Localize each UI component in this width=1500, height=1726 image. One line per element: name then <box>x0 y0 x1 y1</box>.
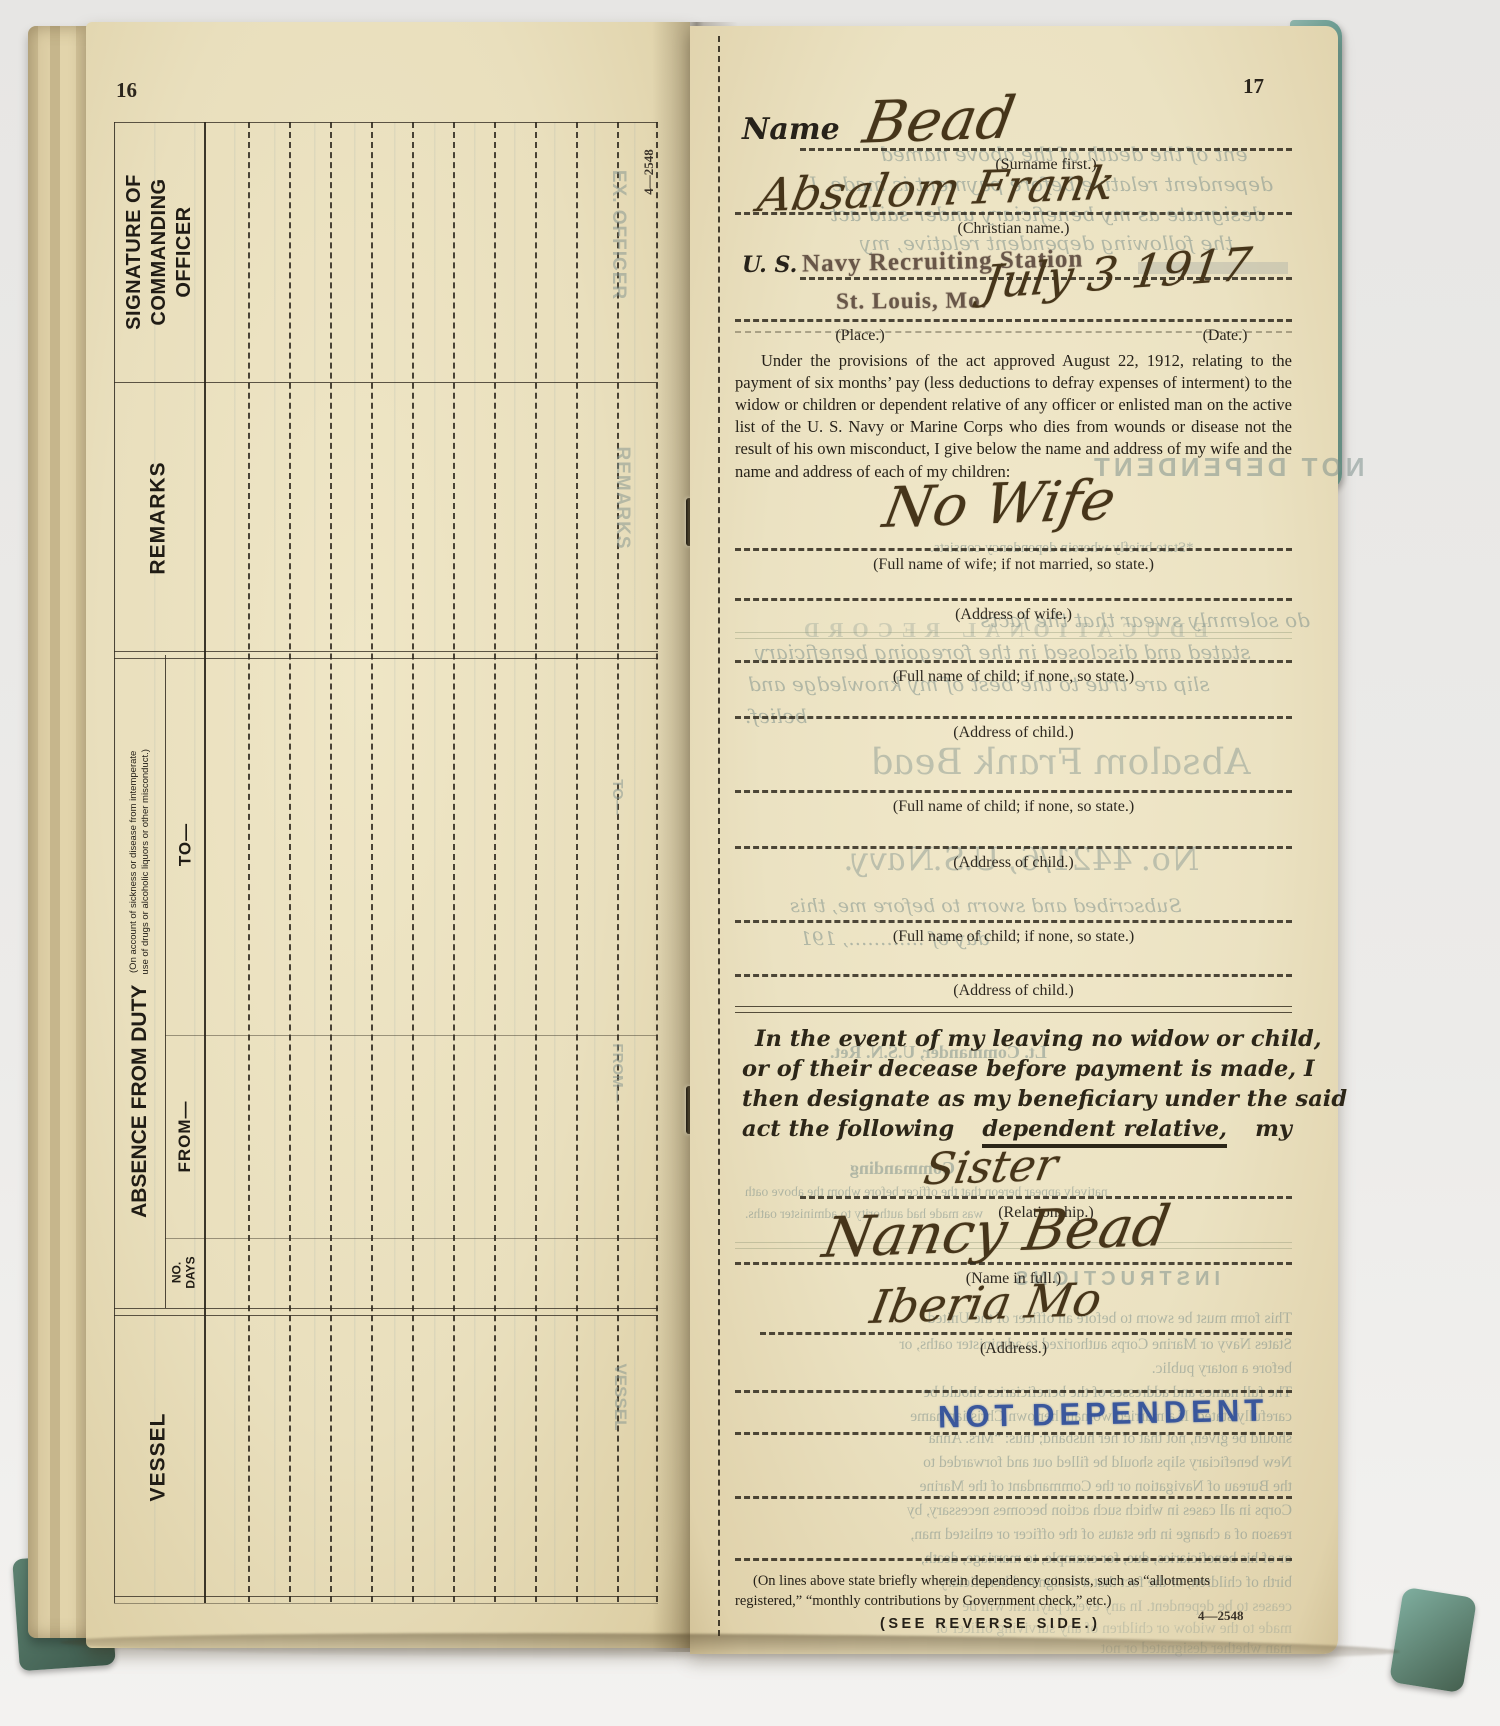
beneficiary-name-handwritten: Nancy Bead <box>818 1194 1175 1271</box>
date-caption: (Date.) <box>1165 327 1285 345</box>
book-cover-corner-bottom-right <box>1389 1587 1477 1693</box>
us-label: U. S. <box>742 252 797 278</box>
beneficiary-address-handwritten: Iberia Mo <box>866 1272 1106 1334</box>
child2-address-line <box>735 846 1292 849</box>
dependency-line-3 <box>735 1496 1292 1499</box>
table-row-line <box>453 122 455 1602</box>
relationship-handwritten: Sister <box>920 1140 1062 1196</box>
table-row-line <box>371 122 373 1602</box>
child2-name-line <box>735 790 1292 793</box>
place-date-line <box>735 319 1292 322</box>
form-number-right: 4—2548 <box>1198 1608 1244 1624</box>
christian-name-caption: (Christian name.) <box>735 220 1292 238</box>
provisions-paragraph: Under the provisions of the act approved… <box>735 350 1292 483</box>
wife-address-line <box>735 598 1292 601</box>
table-bottom-border <box>114 1603 658 1604</box>
place-caption: (Place.) <box>770 327 950 345</box>
page-number-right: 17 <box>1243 74 1264 99</box>
designation-line2: or of their decease before payment is ma… <box>742 1056 1292 1082</box>
wife-name-line <box>735 548 1292 551</box>
address-caption: (Address.) <box>735 1340 1292 1358</box>
child3-name-line <box>735 920 1292 923</box>
table-row-line <box>248 122 250 1602</box>
designation-line1: In the event of my leaving no widow or c… <box>755 1026 1292 1052</box>
child3-address-caption: (Address of child.) <box>735 982 1292 1000</box>
wife-name-caption: (Full name of wife; if not married, so s… <box>735 556 1292 574</box>
see-reverse-side: (SEE REVERSE SIDE.) <box>880 1616 1100 1632</box>
child2-name-caption: (Full name of child; if none, so state.) <box>735 798 1292 816</box>
ghost-text: New beneficiary slips should be filled o… <box>740 1454 1292 1472</box>
ghost-text: before a notary public. <box>740 1360 1292 1378</box>
christian-name-line <box>735 212 1292 215</box>
designation-line3: then designate as my beneficiary under t… <box>742 1086 1292 1112</box>
not-dependent-stamp: NOT DEPENDENT <box>938 1393 1269 1436</box>
wife-address-caption: (Address of wife.) <box>735 606 1292 624</box>
column-header-remarks: REMARKS <box>114 382 204 655</box>
scanned-service-record-book: 16 SIGNATURE OF COMMANDING OFFICER REMAR… <box>0 0 1500 1726</box>
column-header-from: FROM— <box>165 1035 204 1238</box>
section-rule <box>735 1006 1292 1013</box>
column-header-vessel: VESSEL <box>114 1315 204 1600</box>
ghost-ex-officer: EX. OFFICER <box>598 147 638 323</box>
dependency-note-line1: (On lines above state briefly wherein de… <box>735 1572 1292 1592</box>
table-row-line <box>330 122 332 1602</box>
table-row-line <box>289 122 291 1602</box>
ghost-text: Subscribed and sworn to before me, this <box>790 895 1182 917</box>
name-label: Name <box>742 112 840 147</box>
dependency-line-4 <box>735 1558 1292 1561</box>
beneficiary-address-line <box>760 1332 1292 1335</box>
column-header-signature: SIGNATURE OF COMMANDING OFFICER <box>114 122 204 382</box>
child1-name-caption: (Full name of child; if none, so state.) <box>735 668 1292 686</box>
ghost-text: Corps in all cases in which such action … <box>740 1502 1292 1520</box>
column-header-absence-from-duty: ABSENCE FROM DUTY (On account of sicknes… <box>114 655 165 1312</box>
ghost-handwriting: Absalom Frank Bead <box>866 742 1253 783</box>
ghost-to: TO— <box>603 755 633 839</box>
page-number-left: 16 <box>116 78 137 103</box>
ghost-text: reason of a change in the status of the … <box>740 1526 1292 1544</box>
table-row-line <box>412 122 414 1602</box>
child1-address-caption: (Address of child.) <box>735 724 1292 742</box>
form-left-border <box>718 36 720 1636</box>
ghost-vessel: VESSEL <box>603 1342 637 1452</box>
city-stamp: St. Louis, Mo. <box>836 287 988 314</box>
column-header-no-days: NO.DAYS <box>165 1238 204 1308</box>
ghost-remarks: REMARKS <box>602 416 642 580</box>
child3-name-caption: (Full name of child; if none, so state.) <box>735 928 1292 946</box>
dependency-line-1 <box>735 1390 1292 1393</box>
child2-address-caption: (Address of child.) <box>735 854 1292 872</box>
faint-rule <box>735 632 1292 639</box>
ghost-from: FROM— <box>603 1025 633 1121</box>
table-row-line <box>535 122 537 1602</box>
child1-address-line <box>735 716 1292 719</box>
name-value-handwritten: Bead <box>858 83 1020 156</box>
column-header-to: TO— <box>166 655 205 1035</box>
beneficiary-name-line <box>735 1262 1292 1265</box>
wife-value-handwritten: No Wife <box>878 468 1120 541</box>
table-row-line <box>494 122 496 1602</box>
table-row-line <box>576 122 578 1602</box>
child1-name-line <box>735 660 1292 663</box>
child3-address-line <box>735 974 1292 977</box>
ghost-text: the Bureau of Navigation or the Commanda… <box>740 1478 1292 1496</box>
